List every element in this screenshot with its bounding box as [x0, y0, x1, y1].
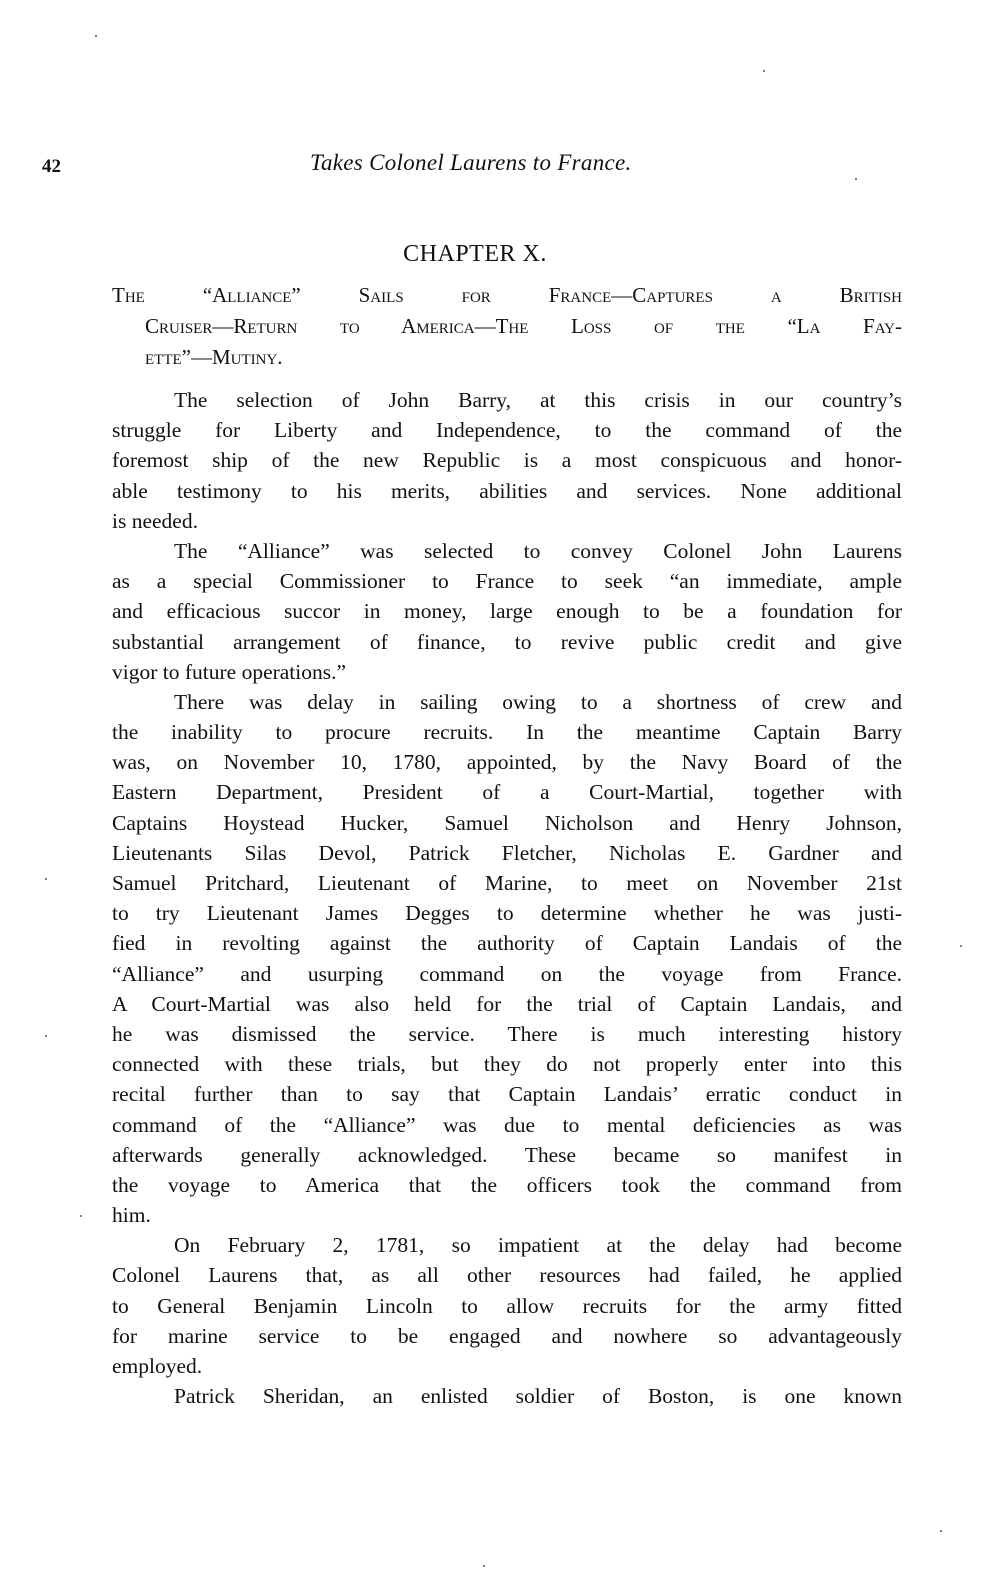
- text-line: as a special Commissioner to France to s…: [112, 566, 902, 596]
- body-text: The selection of John Barry, at this cri…: [112, 385, 902, 1411]
- paragraph: There was delay in sailing owing to a sh…: [112, 687, 902, 1230]
- page-number: 42: [42, 156, 61, 178]
- text-line: “Alliance” and usurping command on the v…: [112, 959, 902, 989]
- text-line: him.: [112, 1200, 902, 1230]
- text-line: was, on November 10, 1780, appointed, by…: [112, 747, 902, 777]
- chapter-title: CHAPTER X.: [403, 241, 547, 267]
- paragraph: The “Alliance” was selected to convey Co…: [112, 536, 902, 687]
- text-line: the voyage to America that the officers …: [112, 1170, 902, 1200]
- text-line: Lieutenants Silas Devol, Patrick Fletche…: [112, 838, 902, 868]
- text-line: Colonel Laurens that, as all other resou…: [112, 1260, 902, 1290]
- paragraph: Patrick Sheridan, an enlisted soldier of…: [112, 1381, 902, 1411]
- text-line: he was dismissed the service. There is m…: [112, 1019, 902, 1049]
- text-line: The selection of John Barry, at this cri…: [112, 385, 902, 415]
- text-line: to General Benjamin Lincoln to allow rec…: [112, 1291, 902, 1321]
- text-line: the inability to procure recruits. In th…: [112, 717, 902, 747]
- scan-speck: [45, 878, 47, 880]
- text-line: and efficacious succor in money, large e…: [112, 596, 902, 626]
- scan-speck: [80, 1215, 82, 1217]
- text-line: Captains Hoystead Hucker, Samuel Nichols…: [112, 808, 902, 838]
- text-line: vigor to future operations.”: [112, 657, 902, 687]
- text-line: connected with these trials, but they do…: [112, 1049, 902, 1079]
- chapter-synopsis: The “Alliance” Sails for France—Captures…: [112, 280, 902, 373]
- text-line: Eastern Department, President of a Court…: [112, 777, 902, 807]
- text-line: able testimony to his merits, abilities …: [112, 476, 902, 506]
- text-line: for marine service to be engaged and now…: [112, 1321, 902, 1351]
- text-line: Patrick Sheridan, an enlisted soldier of…: [112, 1381, 902, 1411]
- text-line: is needed.: [112, 506, 902, 536]
- text-line: foremost ship of the new Republic is a m…: [112, 445, 902, 475]
- paragraph: The selection of John Barry, at this cri…: [112, 385, 902, 536]
- chapter-heading: CHAPTER X.: [0, 241, 1000, 268]
- scan-speck: [960, 945, 962, 947]
- text-line: recital further than to say that Captain…: [112, 1079, 902, 1109]
- text-line: Samuel Pritchard, Lieutenant of Marine, …: [112, 868, 902, 898]
- scan-speck: [45, 1035, 47, 1037]
- synopsis-line: Cruiser—Return to America—The Loss of th…: [112, 311, 902, 342]
- synopsis-line: ette”—Mutiny.: [112, 342, 902, 373]
- running-head: 42 Takes Colonel Laurens to France.: [42, 150, 742, 180]
- text-line: struggle for Liberty and Independence, t…: [112, 415, 902, 445]
- scan-speck: [483, 1565, 485, 1567]
- text-line: On February 2, 1781, so impatient at the…: [112, 1230, 902, 1260]
- text-line: The “Alliance” was selected to convey Co…: [112, 536, 902, 566]
- text-line: A Court-Martial was also held for the tr…: [112, 989, 902, 1019]
- paragraph: On February 2, 1781, so impatient at the…: [112, 1230, 902, 1381]
- text-line: fied in revolting against the authority …: [112, 928, 902, 958]
- text-line: employed.: [112, 1351, 902, 1381]
- book-page: 42 Takes Colonel Laurens to France. CHAP…: [0, 0, 1000, 1580]
- text-line: command of the “Alliance” was due to men…: [112, 1110, 902, 1140]
- text-line: substantial arrangement of finance, to r…: [112, 627, 902, 657]
- text-line: afterwards generally acknowledged. These…: [112, 1140, 902, 1170]
- scan-speck: [763, 70, 765, 72]
- scan-speck: [940, 1530, 942, 1532]
- text-line: to try Lieutenant James Degges to determ…: [112, 898, 902, 928]
- running-title: Takes Colonel Laurens to France.: [310, 150, 632, 176]
- scan-speck: [95, 35, 97, 37]
- synopsis-line: The “Alliance” Sails for France—Captures…: [112, 280, 902, 311]
- scan-speck: [855, 178, 857, 180]
- text-line: There was delay in sailing owing to a sh…: [112, 687, 902, 717]
